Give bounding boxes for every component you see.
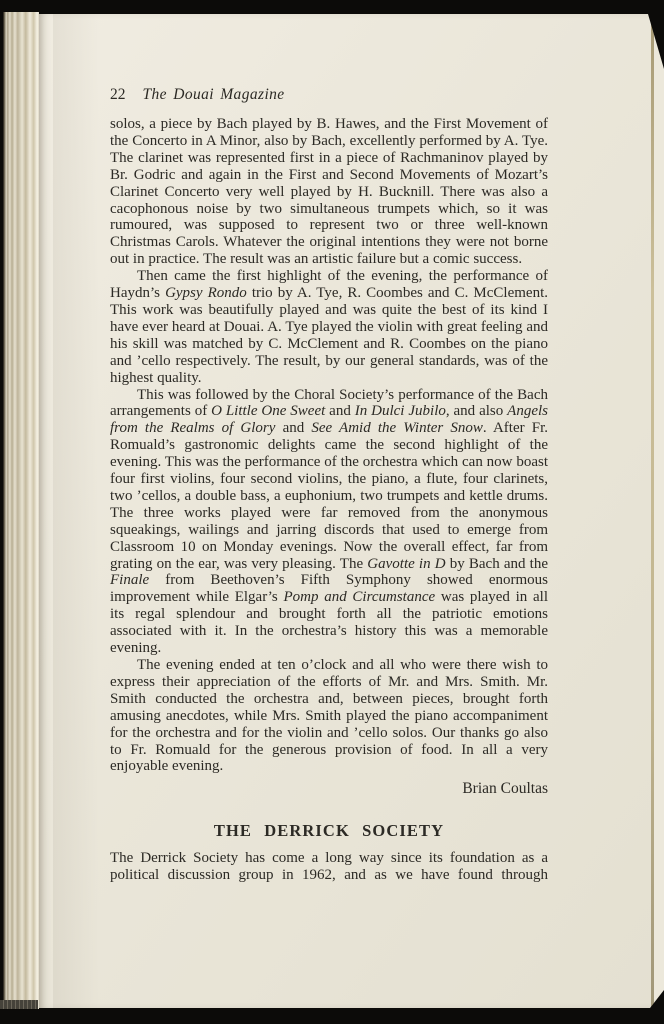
archive-sticker bbox=[0, 1000, 38, 1009]
article-body: solos, a piece by Bach played by B. Hawe… bbox=[110, 116, 548, 775]
paragraph: The Derrick Society has come a long way … bbox=[110, 850, 548, 884]
gutter-shadow bbox=[53, 14, 99, 1008]
paragraph: solos, a piece by Bach played by B. Hawe… bbox=[110, 116, 548, 268]
next-article-body: The Derrick Society has come a long way … bbox=[110, 850, 548, 884]
work-title: Finale bbox=[110, 572, 149, 588]
book-page-edges bbox=[3, 12, 39, 1009]
text-run: by Bach and the bbox=[446, 556, 548, 572]
text-run: solos, a piece by Bach played by B. Hawe… bbox=[110, 116, 548, 267]
work-title: Gypsy Rondo bbox=[165, 285, 247, 301]
work-title: O Little One Sweet bbox=[211, 403, 325, 419]
text-run: The Derrick Society has come a long way … bbox=[110, 850, 548, 883]
printed-content: 22 The Douai Magazine solos, a piece by … bbox=[110, 86, 548, 884]
paragraph: The evening ended at ten o’clock and all… bbox=[110, 657, 548, 775]
running-head: 22 The Douai Magazine bbox=[110, 86, 548, 104]
text-run: , and also bbox=[446, 403, 507, 419]
text-run: . After Fr. Romuald’s gastronomic deligh… bbox=[110, 420, 548, 571]
magazine-page: 22 The Douai Magazine solos, a piece by … bbox=[39, 14, 664, 1008]
text-run: and bbox=[275, 420, 311, 436]
work-title: Pomp and Circumstance bbox=[283, 589, 435, 605]
page-number: 22 bbox=[110, 86, 126, 104]
text-run: and bbox=[325, 403, 354, 419]
work-title: See Amid the Winter Snow bbox=[311, 420, 483, 436]
text-run: The evening ended at ten o’clock and all… bbox=[110, 657, 548, 774]
magazine-title: The Douai Magazine bbox=[143, 86, 285, 104]
scanned-book-photo: 22 The Douai Magazine solos, a piece by … bbox=[0, 0, 664, 1024]
byline: Brian Coultas bbox=[110, 780, 548, 798]
paragraph: Then came the first highlight of the eve… bbox=[110, 268, 548, 386]
section-heading: THE DERRICK SOCIETY bbox=[110, 821, 548, 841]
page-right-edge-line bbox=[651, 14, 654, 1008]
paragraph: This was followed by the Choral Society’… bbox=[110, 387, 548, 658]
underlying-page-edge bbox=[654, 14, 664, 1008]
work-title: Gavotte in D bbox=[367, 556, 445, 572]
work-title: In Dulci Jubilo bbox=[355, 403, 446, 419]
